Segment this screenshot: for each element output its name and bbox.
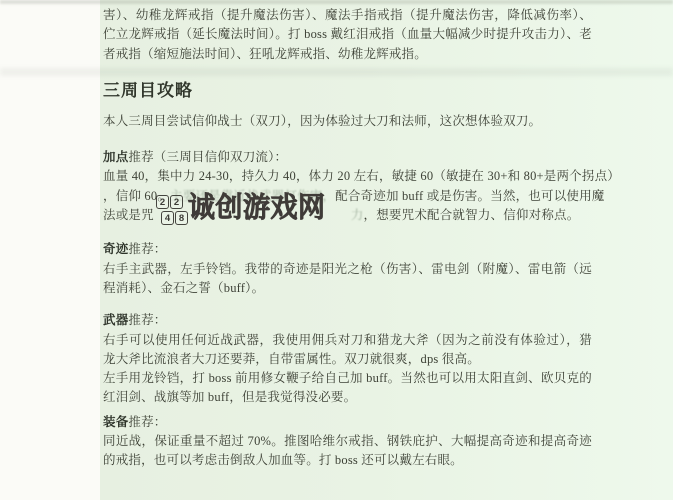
page-indicator: 2 2 4 8: [156, 195, 184, 225]
stats-section-title: 加点推荐（三周目信仰双刀流）：: [103, 148, 592, 167]
miracles-title-rest: 推荐：: [128, 242, 166, 256]
stats-line3-faded-text: 力: [351, 206, 364, 225]
weapons-section-title: 武器推荐：: [103, 311, 592, 330]
paragraph-lead: 本人三周目尝试信仰战士（双刀），因为体验过大刀和法师，这次想体验双刀。: [103, 112, 592, 131]
article-body: 害）、幼稚龙辉戒指（提升魔法伤害）、魔法手指戒指（提升魔法伤害，降低减伤率）、伫…: [103, 6, 592, 471]
stats-line2-end: 配合奇迹加 buff 或是伤害。当然，也可以使用魔: [335, 189, 604, 203]
gear-title-rest: 推荐：: [128, 415, 166, 429]
miracles-paragraph: 右手主武器，左手铃铛。我带的奇迹是阳光之枪（伤害）、雷电剑（附魔）、雷电箭（远程…: [103, 260, 592, 299]
gear-title-emphasis: 装备: [103, 415, 128, 429]
section-heading-ng3: 三周目攻略: [103, 80, 592, 102]
weapons-paragraph-2: 左手用龙铃铛，打 boss 前用修女鞭子给自己加 buff。当然也可以用太阳直剑…: [103, 369, 592, 408]
stats-title-rest: 推荐（三周目信仰双刀流）：: [128, 150, 287, 164]
weapons-title-emphasis: 武器: [103, 313, 128, 327]
section-miracles: 奇迹推荐： 右手主武器，左手铃铛。我带的奇迹是阳光之枪（伤害）、雷电剑（附魔）、…: [103, 240, 592, 298]
miracles-section-title: 奇迹推荐：: [103, 240, 592, 259]
section-weapons: 武器推荐： 右手可以使用任何近战武器，我使用佣兵对刀和猎龙大斧（因为之前没有体验…: [103, 311, 592, 407]
page-indicator-digit: 8: [175, 211, 188, 225]
photo-top-shadow: [0, 0, 673, 4]
article-page: 害）、幼稚龙辉戒指（提升魔法伤害）、魔法手指戒指（提升魔法伤害，降低减伤率）、伫…: [0, 0, 673, 500]
page-indicator-digit: 2: [156, 195, 169, 209]
weapons-title-rest: 推荐：: [128, 313, 166, 327]
watermark: 2 2 4 8 诚创游戏网: [156, 192, 326, 225]
stats-line-1: 血量 40，集中力 24-30，持久力 40，体力 20 左右，敏捷 60（敏捷…: [103, 167, 592, 186]
page-indicator-digit: 4: [161, 211, 174, 225]
stats-line3-start: 法或是咒: [103, 208, 154, 222]
stats-title-emphasis: 加点: [103, 150, 128, 164]
paragraph-rings: 害）、幼稚龙辉戒指（提升魔法伤害）、魔法手指戒指（提升魔法伤害，降低减伤率）、伫…: [103, 6, 592, 64]
miracles-title-emphasis: 奇迹: [103, 242, 128, 256]
gear-paragraph: 同近战，保证重量不超过 70%。推图哈维尔戒指、钢铁庇护、大幅提高奇迹和提高奇迹…: [103, 432, 592, 471]
gear-section-title: 装备推荐：: [103, 413, 592, 432]
page-indicator-digit: 2: [170, 195, 183, 209]
watermark-logo-text: 诚创游戏网: [188, 191, 326, 222]
stats-line3-end: ，想要咒术配合就智力、信仰对称点。: [364, 208, 580, 222]
section-gear: 装备推荐： 同近战，保证重量不超过 70%。推图哈维尔戒指、钢铁庇护、大幅提高奇…: [103, 413, 592, 471]
weapons-paragraph-1: 右手可以使用任何近战武器，我使用佣兵对刀和猎龙大斧（因为之前没有体验过），猎龙大…: [103, 331, 592, 370]
